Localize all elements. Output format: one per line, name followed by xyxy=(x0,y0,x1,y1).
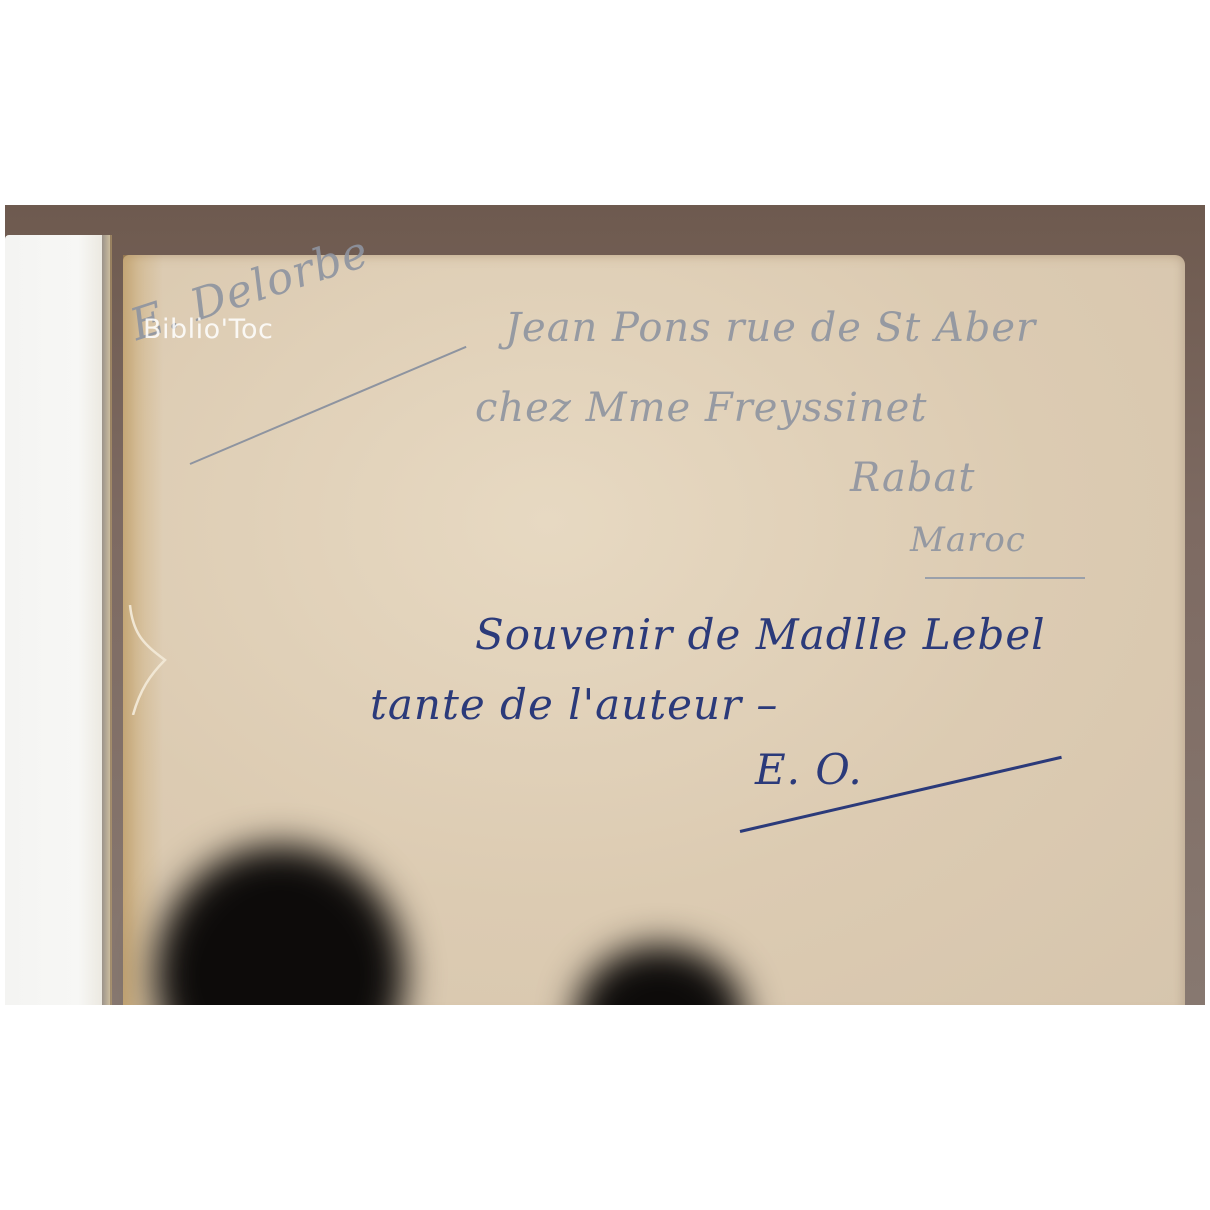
facing-page-edge xyxy=(5,235,110,1005)
address-line-3: Rabat xyxy=(850,455,975,501)
address-rule xyxy=(925,577,1085,579)
paper-tear xyxy=(125,605,175,715)
watermark-logo: Biblio'Toc xyxy=(143,314,273,345)
address-line-1: Jean Pons rue de St Aber xyxy=(505,305,1036,351)
dedication-line-2: tante de l'auteur – xyxy=(370,680,778,729)
dedication-line-1: Souvenir de Madlle Lebel xyxy=(475,610,1046,659)
dedication-signature: E. O. xyxy=(755,745,863,794)
address-line-4: Maroc xyxy=(910,520,1026,560)
address-line-2: chez Mme Freyssinet xyxy=(475,385,927,431)
